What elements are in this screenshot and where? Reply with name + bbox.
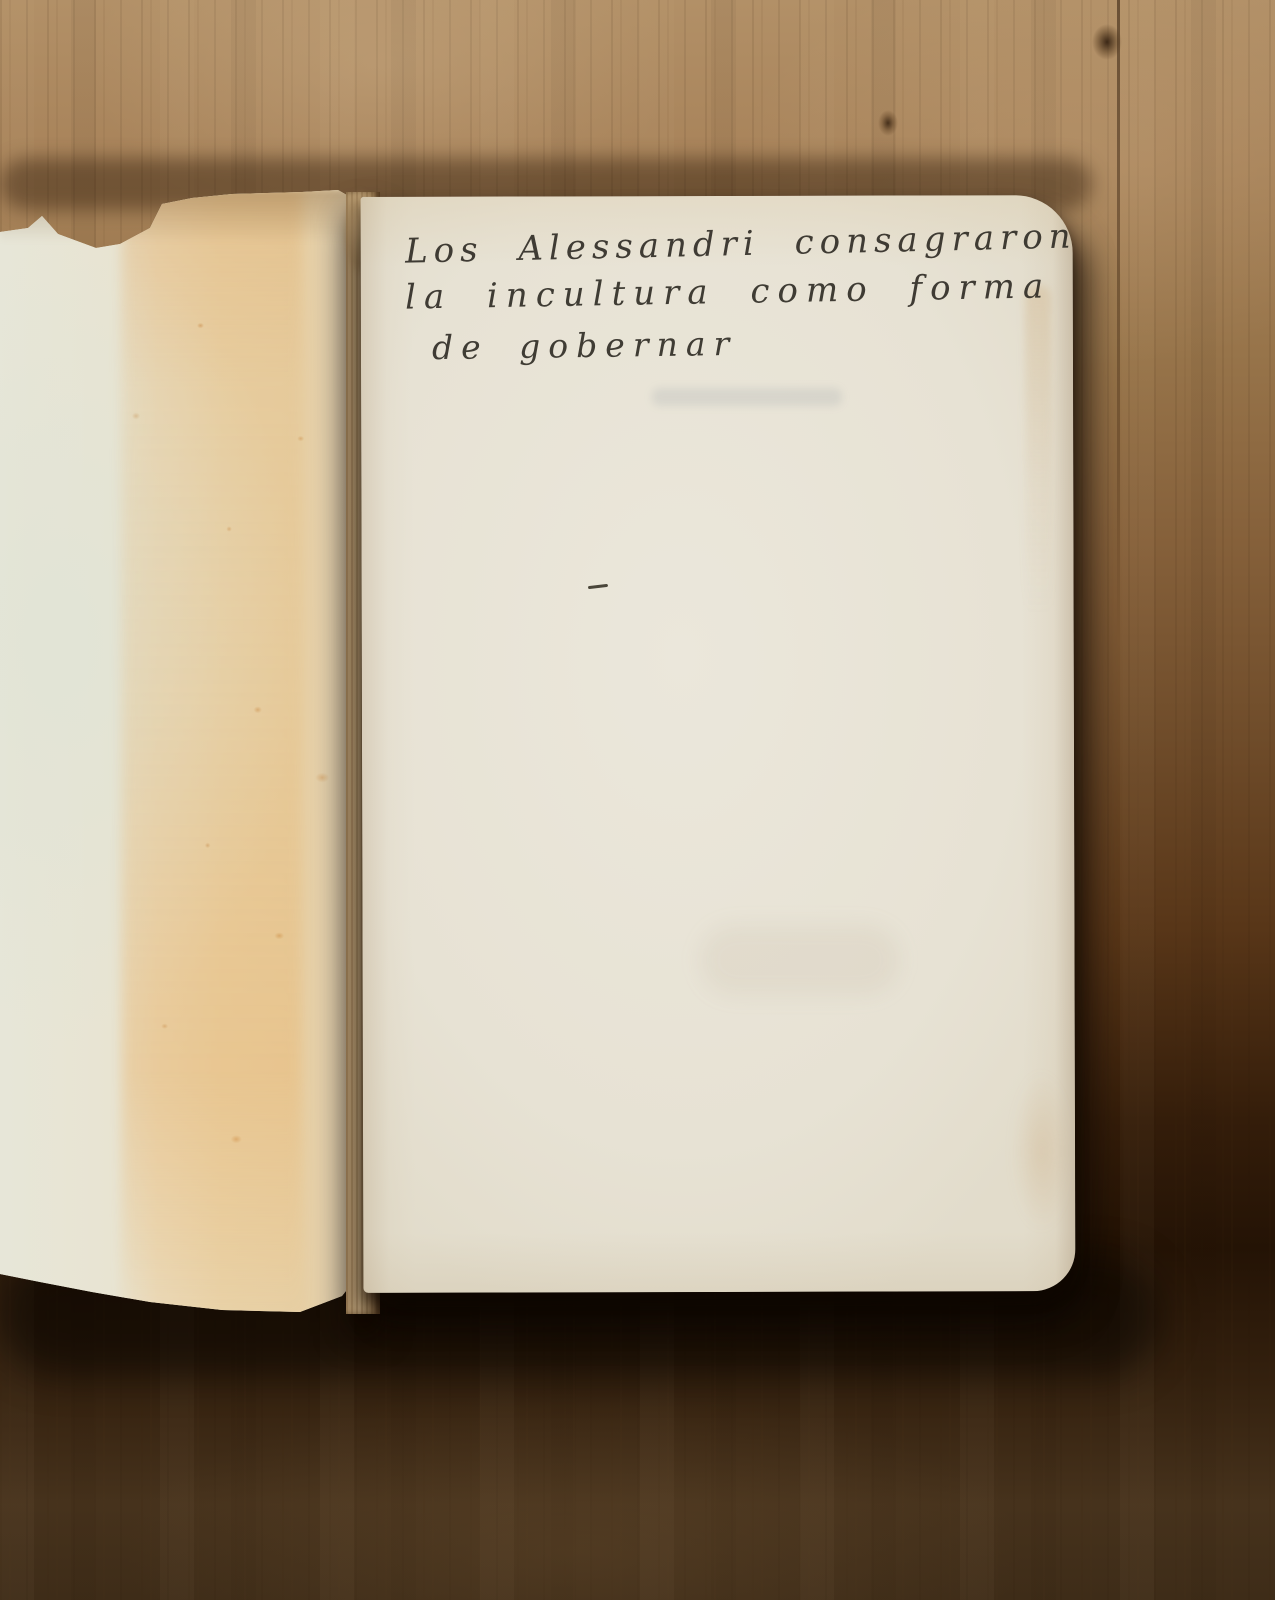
page-edge-stain [1025,285,1052,615]
wood-plank-seam [1117,0,1120,640]
show-through-text-ghost [652,388,842,406]
page-corner-stain [1011,1071,1071,1231]
left-endpaper-page [0,190,358,1320]
wood-knot [1092,24,1122,60]
handwritten-line-3: de gobernar [432,324,738,367]
foxing-speckles [0,190,358,1320]
show-through-smudge [700,925,900,995]
photo-canvas: Los Alessandri consagraron la incultura … [0,0,1275,1600]
wood-knot [878,110,898,136]
